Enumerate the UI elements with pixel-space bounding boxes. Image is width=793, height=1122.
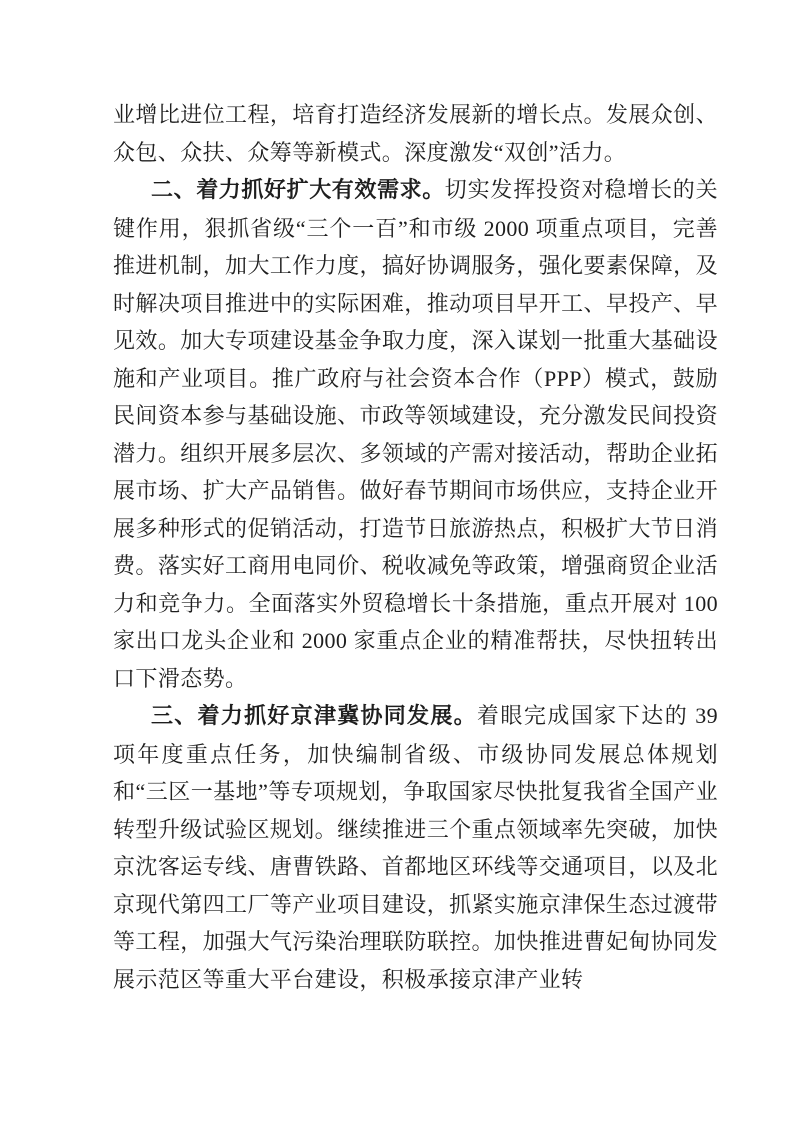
paragraph-text: 切实发挥投资对稳增长的关键作用，狠抓省级“三个一百”和市级 2000 项重点项目… [113, 177, 718, 691]
section-heading: 三、着力抓好京津冀协同发展。 [151, 704, 477, 729]
paragraph-1-continued: 业增比进位工程，培育打造经济发展新的增长点。发展众创、众包、众扶、众筹等新模式。… [113, 96, 718, 171]
paragraph-text: 业增比进位工程，培育打造经济发展新的增长点。发展众创、众包、众扶、众筹等新模式。… [113, 102, 718, 165]
document-body: 业增比进位工程，培育打造经济发展新的增长点。发展众创、众包、众扶、众筹等新模式。… [113, 96, 718, 998]
document-page: 业增比进位工程，培育打造经济发展新的增长点。发展众创、众包、众扶、众筹等新模式。… [0, 0, 793, 1122]
paragraph-2: 二、着力抓好扩大有效需求。切实发挥投资对稳增长的关键作用，狠抓省级“三个一百”和… [113, 171, 718, 697]
section-heading: 二、着力抓好扩大有效需求。 [151, 178, 445, 203]
paragraph-3: 三、着力抓好京津冀协同发展。着眼完成国家下达的 39 项年度重点任务，加快编制省… [113, 697, 718, 998]
paragraph-text: 着眼完成国家下达的 39 项年度重点任务，加快编制省级、市级协同发展总体规划和“… [113, 703, 718, 992]
